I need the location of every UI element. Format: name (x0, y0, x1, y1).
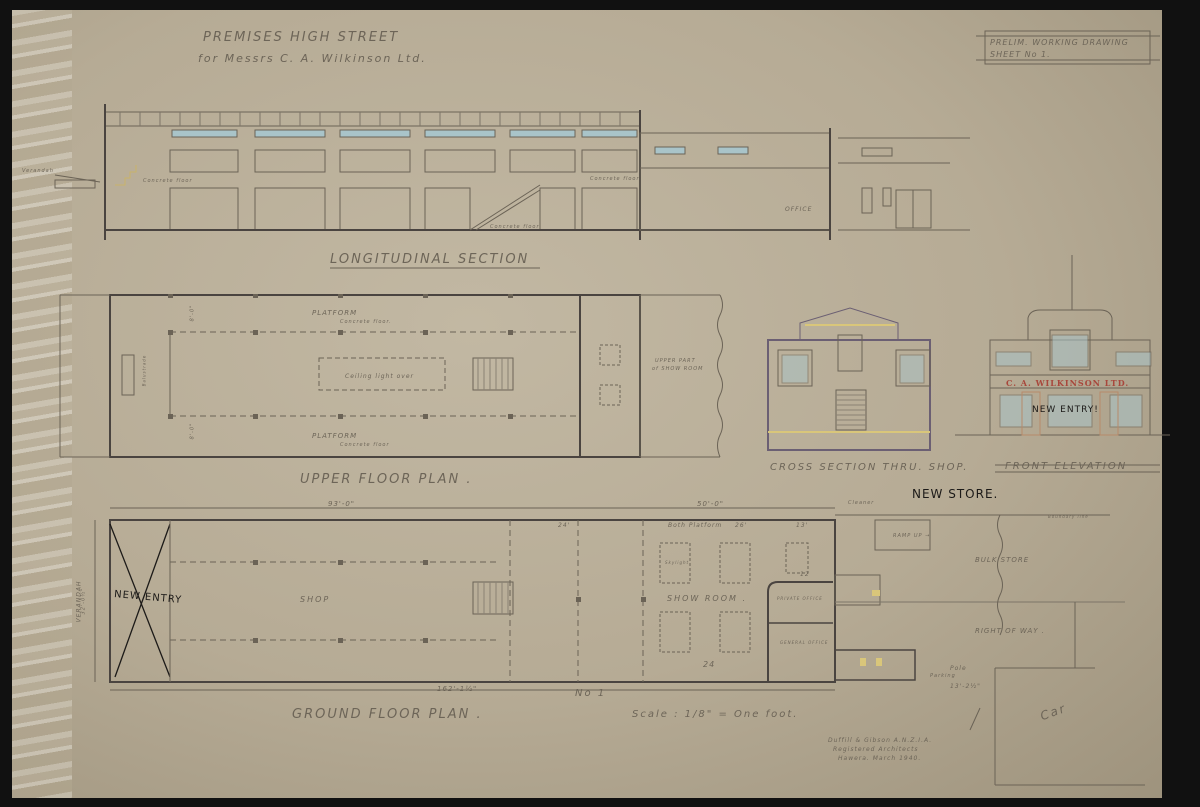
dim-24: 24 (703, 660, 715, 669)
label-front-elevation: FRONT ELEVATION (1005, 461, 1127, 472)
note-pole: Pole (950, 665, 967, 672)
note-number: No 1 (575, 688, 606, 699)
dim-verandah: 32'-0½" (80, 588, 86, 615)
room-private-office: PRIVATE OFFICE (777, 596, 823, 601)
drawing-client: for Messrs C. A. Wilkinson Ltd. (198, 52, 427, 65)
label-upper-floor-plan: UPPER FLOOR PLAN . (300, 472, 473, 487)
dim-26ft: 26' (735, 522, 747, 529)
label-cross-section: CROSS SECTION THRU. SHOP. (770, 462, 968, 473)
note-ramp-up: RAMP UP → (893, 533, 930, 539)
note-platform-bottom-sub: Concrete floor (340, 442, 390, 448)
note-concrete-floor-3: Concrete floor (490, 224, 540, 230)
annotation-new-store: NEW STORE. (912, 487, 998, 501)
dim-12: 12 (800, 571, 810, 578)
architect-title: Registered Architects (833, 746, 919, 753)
note-ceiling-light: Ceiling light over (345, 373, 414, 380)
architect-firm: Duffill & Gibson A.N.Z.I.A. (828, 737, 932, 744)
dim-13-2: 13'-2½" (950, 683, 981, 690)
note-concrete-floor-1: Concrete floor (143, 178, 193, 184)
architect-location-date: Hawera. March 1940. (838, 755, 921, 762)
room-show-room: SHOW ROOM . (667, 594, 747, 603)
note-parking: Parking (930, 673, 956, 679)
room-shop: SHOP (300, 595, 330, 604)
note-cleaner: Cleaner (848, 500, 874, 506)
scale-note: Scale : 1/8" = One foot. (632, 709, 798, 720)
note-platform-bottom: PLATFORM (312, 432, 357, 440)
note-platform-top-sub: Concrete floor. (340, 319, 392, 325)
shop-sign: C. A. WILKINSON LTD. (1006, 378, 1129, 388)
dim-50ft: 50'-0" (697, 500, 724, 508)
annotation-new-entry-elevation: NEW ENTRY! (1032, 405, 1099, 415)
dim-platform-top: 8'-0" (189, 305, 195, 322)
note-upper-part: UPPER PART (655, 358, 696, 364)
note-office: OFFICE (785, 206, 812, 213)
note-upper-part-sub: of SHOW ROOM (652, 366, 703, 372)
label-longitudinal-section: LONGITUDINAL SECTION (330, 252, 529, 267)
architectural-linework (0, 0, 1200, 807)
note-platform-top: PLATFORM (312, 309, 357, 317)
dim-13ft: 13' (796, 522, 808, 529)
note-boundary-line-top: Boundary line (1048, 514, 1089, 519)
drawing-title: PREMISES HIGH STREET (203, 30, 399, 45)
note-bulk-store: BULK STORE (975, 556, 1029, 564)
sheet-number: SHEET No 1. (990, 50, 1051, 59)
room-general-office: GENERAL OFFICE (780, 640, 828, 645)
note-concrete-floor-2: Concrete floor (590, 176, 640, 182)
sheet-type: PRELIM. WORKING DRAWING (990, 38, 1129, 47)
note-skylight: Skylight (665, 560, 689, 565)
dim-162ft: 162'-1½" (437, 685, 477, 693)
dim-24ft: 24' (558, 522, 570, 529)
note-right-of-way: RIGHT OF WAY . (975, 627, 1045, 635)
note-both-platform: Both Platform (668, 522, 722, 529)
note-balustrade: Balustrade (141, 355, 146, 387)
dim-93ft: 93'-0" (328, 500, 355, 508)
dim-platform-bottom: 8'-0" (189, 423, 195, 440)
label-ground-floor-plan: GROUND FLOOR PLAN . (292, 707, 483, 722)
note-verandah: Verandah (22, 168, 54, 174)
